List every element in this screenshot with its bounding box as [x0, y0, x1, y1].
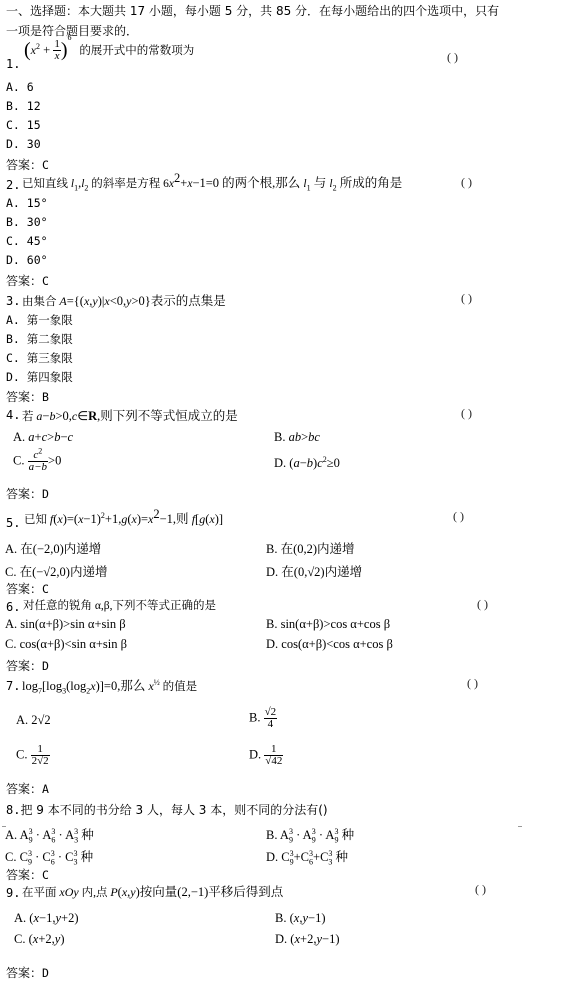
option-a[interactable]: A. 6 — [6, 80, 34, 94]
answer-line: 答案：C — [6, 272, 49, 289]
question-stem: 8.把 9 本不同的书分给 3 人，每人 3 本，则不同的分法有() — [6, 801, 328, 818]
question-stem: 在平面 xOy 内,点 P(x,y)按向量(2,−1)平移后得到点 — [22, 882, 283, 900]
option-a[interactable]: A. A93 · A63 · A33 种 — [5, 825, 94, 843]
option-a[interactable]: A. 第一象限 — [6, 312, 73, 328]
answer-line: 答案：C — [6, 156, 49, 173]
option-c[interactable]: C. 15 — [6, 118, 41, 132]
answer-line: 答案：C — [6, 866, 49, 883]
option-d[interactable]: D. (x+2,y−1) — [275, 932, 339, 947]
question-stem: 已知 f(x)=(x−1)2+1,g(x)=x2−1,则 f[g(x)] — [24, 509, 223, 527]
question-stem: 对任意的锐角 α,β,下列不等式正确的是 — [23, 597, 216, 613]
answer-bracket: ( ) — [453, 509, 464, 524]
question-stem: 由集合 A={(x,y)|x<0,y>0}表示的点集是 — [22, 291, 226, 309]
option-c[interactable]: C. (x+2,y) — [14, 932, 65, 947]
option-c[interactable]: C. 12√2 — [16, 744, 50, 767]
question-number: 1. — [6, 57, 20, 71]
answer-line: 答案：A — [6, 780, 49, 797]
question-stem: 若 a−b>0,c∈R,则下列不等式恒成立的是 — [22, 406, 238, 424]
answer-line: 答案：C — [6, 580, 49, 597]
question-number: 4. — [6, 408, 20, 422]
question-number: 8. — [6, 803, 20, 817]
option-c[interactable]: C. cos(α+β)<sin α+sin β — [5, 637, 127, 652]
option-b[interactable]: B. 在(0,2)内递增 — [266, 539, 355, 557]
option-b[interactable]: B. ab>bc — [274, 430, 320, 445]
answer-bracket: ( ) — [477, 597, 488, 612]
question-number: 7. — [6, 679, 20, 693]
option-b[interactable]: B. √24 — [249, 707, 277, 730]
option-a[interactable]: A. a+c>b−c — [13, 430, 73, 445]
section-header-line1: 一、选择题：本大题共 17 小题，每小题 5 分，共 85 分．在每小题给出的四… — [6, 2, 499, 19]
option-d[interactable]: D. (a−b)c2≥0 — [274, 456, 340, 471]
answer-line: 答案：D — [6, 657, 49, 674]
answer-bracket: ( ) — [461, 291, 472, 306]
question-stem: (x2 + 1x)6 的展开式中的常数项为 — [24, 38, 194, 62]
option-d[interactable]: D. 第四象限 — [6, 369, 73, 385]
option-d[interactable]: D. cos(α+β)<cos α+cos β — [266, 637, 393, 652]
answer-line: 答案：B — [6, 388, 49, 405]
scan-mark — [518, 826, 522, 827]
question-number: 2. — [6, 178, 20, 192]
question-stem: log7[log3(log2x)]=0,那么 x½ 的值是 — [22, 676, 197, 694]
question-stem-text: 把 9 本不同的书分给 3 人，每人 3 本，则不同的分法有() — [20, 803, 327, 817]
option-c[interactable]: C. c2a−b>0 — [13, 450, 61, 473]
question-stem: 已知直线 l1,l2 的斜率是方程 6x2+x−1=0 的两个根,那么 l1 与… — [22, 173, 402, 191]
option-c[interactable]: C. 第三象限 — [6, 350, 73, 366]
answer-bracket: ( ) — [461, 175, 472, 190]
option-a[interactable]: A. sin(α+β)>sin α+sin β — [5, 617, 126, 632]
option-c[interactable]: C. 45° — [6, 234, 48, 248]
option-b[interactable]: B. 第二象限 — [6, 331, 73, 347]
option-b[interactable]: B. 12 — [6, 99, 41, 113]
answer-line: 答案：D — [6, 485, 49, 502]
question-stem-text: 的展开式中的常数项为 — [79, 45, 194, 57]
option-c[interactable]: C. C93 · C63 · C33 种 — [5, 847, 93, 865]
option-d[interactable]: D. 在(0,√2)内递增 — [266, 562, 362, 580]
answer-bracket: ( ) — [475, 882, 486, 897]
option-a[interactable]: A. (x−1,y+2) — [14, 911, 78, 926]
question-number: 5. — [6, 516, 20, 530]
answer-line: 答案：D — [6, 964, 49, 981]
answer-bracket: ( ) — [447, 50, 458, 65]
option-d[interactable]: D. 30 — [6, 137, 41, 151]
option-b[interactable]: B. A93 · A93 · A93 种 — [266, 825, 354, 843]
option-c[interactable]: C. 在(−√2,0)内递增 — [5, 562, 107, 580]
option-a[interactable]: A. 在(−2,0)内递增 — [5, 539, 101, 557]
option-a[interactable]: A. 2√2 — [16, 713, 51, 728]
option-d[interactable]: D. C93+C63+C33 种 — [266, 847, 348, 865]
answer-bracket: ( ) — [467, 676, 478, 691]
section-header-line2: 一项是符合题目要求的． — [6, 22, 138, 39]
option-a[interactable]: A. 15° — [6, 196, 48, 210]
question-number: 9. — [6, 886, 20, 900]
option-d[interactable]: D. 1√42 — [249, 744, 283, 767]
question-number: 6. — [6, 600, 20, 614]
option-b[interactable]: B. (x,y−1) — [275, 911, 325, 926]
option-b[interactable]: B. sin(α+β)>cos α+cos β — [266, 617, 390, 632]
question-number: 3. — [6, 294, 20, 308]
option-d[interactable]: D. 60° — [6, 253, 48, 267]
option-b[interactable]: B. 30° — [6, 215, 48, 229]
answer-bracket: ( ) — [461, 406, 472, 421]
